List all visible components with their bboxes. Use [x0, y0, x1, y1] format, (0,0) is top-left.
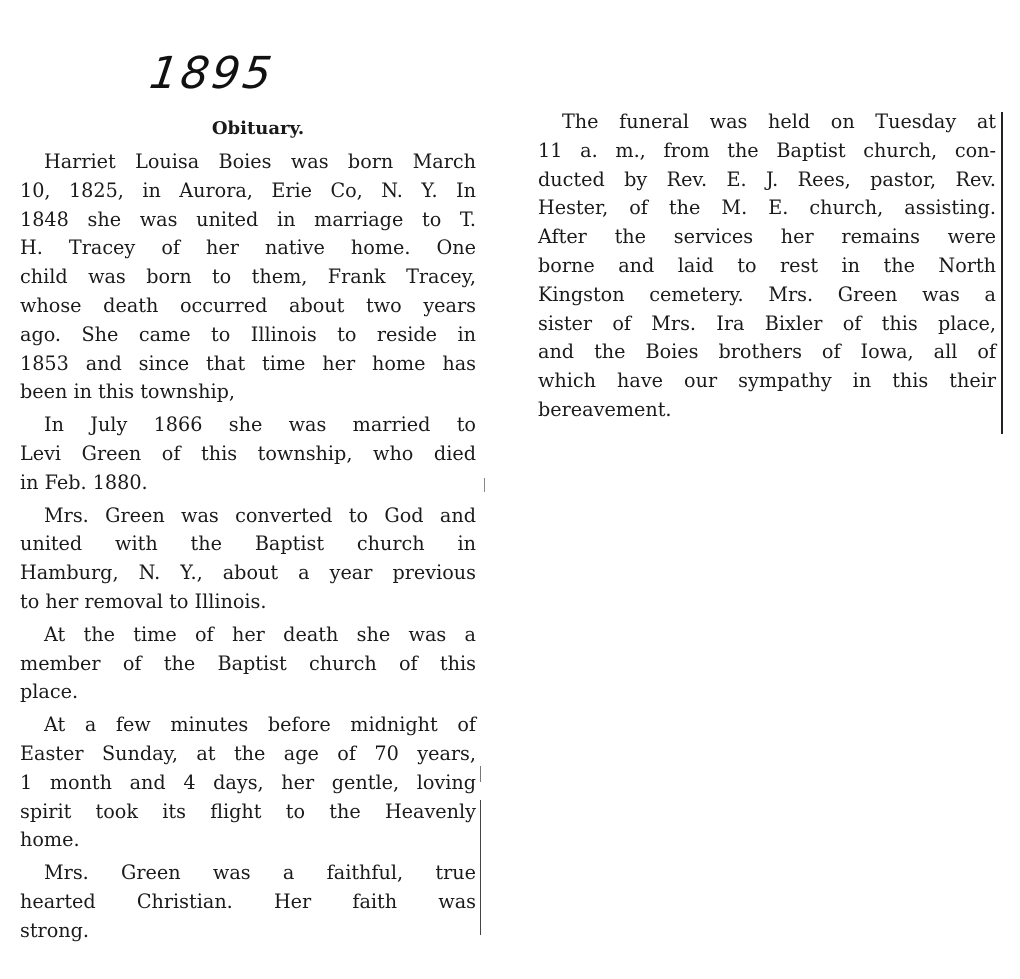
- text-line: place.: [20, 678, 476, 707]
- text-line: whose death occurred about two years: [20, 292, 476, 321]
- text-line: bereavement.: [538, 396, 996, 425]
- column-rule-right: [1001, 112, 1003, 434]
- text-line: Levi Green of this township, who died: [20, 440, 476, 469]
- text-line: spirit took its flight to the Heavenly: [20, 798, 476, 827]
- paragraph-membership: At the time of her death she was a membe…: [20, 621, 476, 707]
- right-column: The funeral was held on Tuesday at 11 a.…: [538, 108, 996, 429]
- text-line: hearted Christian. Her faith was: [20, 888, 476, 917]
- paragraph-funeral: The funeral was held on Tuesday at 11 a.…: [538, 108, 996, 425]
- text-line: 1848 she was united in marriage to T.: [20, 206, 476, 235]
- text-line: At the time of her death she was a: [20, 621, 476, 650]
- text-line: child was born to them, Frank Tracey,: [20, 263, 476, 292]
- text-line: to her removal to Illinois.: [20, 588, 476, 617]
- text-line: Mrs. Green was converted to God and: [20, 502, 476, 531]
- paragraph-second-marriage: In July 1866 she was married to Levi Gre…: [20, 411, 476, 497]
- text-line: member of the Baptist church of this: [20, 650, 476, 679]
- text-line: united with the Baptist church in: [20, 530, 476, 559]
- text-line: which have our sympathy in this their: [538, 367, 996, 396]
- handwritten-year: 1895: [146, 48, 277, 99]
- text-line: Harriet Louisa Boies was born March: [20, 148, 476, 177]
- text-line: 1 month and 4 days, her gentle, loving: [20, 769, 476, 798]
- paragraph-faith: Mrs. Green was a faithful, true hearted …: [20, 859, 476, 945]
- text-line: Mrs. Green was a faithful, true: [20, 859, 476, 888]
- paragraph-death: At a few minutes before midnight of East…: [20, 711, 476, 855]
- text-line: After the services her remains were: [538, 223, 996, 252]
- text-line: sister of Mrs. Ira Bixler of this place,: [538, 310, 996, 339]
- text-line: Hamburg, N. Y., about a year previous: [20, 559, 476, 588]
- text-line: H. Tracey of her native home. One: [20, 234, 476, 263]
- text-line: and the Boies brothers of Iowa, all of: [538, 338, 996, 367]
- text-line: In July 1866 she was married to: [20, 411, 476, 440]
- text-line: borne and laid to rest in the North: [538, 252, 996, 281]
- text-line: 11 a. m., from the Baptist church, con-: [538, 137, 996, 166]
- text-line: ducted by Rev. E. J. Rees, pastor, Rev.: [538, 166, 996, 195]
- left-column: Harriet Louisa Boies was born March 10, …: [20, 148, 476, 950]
- article-title: Obituary.: [30, 118, 486, 139]
- text-line: been in this township,: [20, 378, 476, 407]
- column-rule-center: [480, 800, 481, 935]
- text-line: 1853 and since that time her home has: [20, 350, 476, 379]
- text-line: ago. She came to Illinois to reside in: [20, 321, 476, 350]
- text-line: Easter Sunday, at the age of 70 years,: [20, 740, 476, 769]
- text-line: Kingston cemetery. Mrs. Green was a: [538, 281, 996, 310]
- text-line: strong.: [20, 917, 476, 946]
- text-line: in Feb. 1880.: [20, 469, 476, 498]
- text-line: home.: [20, 826, 476, 855]
- paragraph-birth: Harriet Louisa Boies was born March 10, …: [20, 148, 476, 407]
- column-rule-fragment: [484, 478, 485, 492]
- paragraph-conversion: Mrs. Green was converted to God and unit…: [20, 502, 476, 617]
- column-rule-fragment: [480, 766, 481, 782]
- text-line: 10, 1825, in Aurora, Erie Co, N. Y. In: [20, 177, 476, 206]
- text-line: At a few minutes before midnight of: [20, 711, 476, 740]
- text-line: The funeral was held on Tuesday at: [538, 108, 996, 137]
- text-line: Hester, of the M. E. church, assisting.: [538, 194, 996, 223]
